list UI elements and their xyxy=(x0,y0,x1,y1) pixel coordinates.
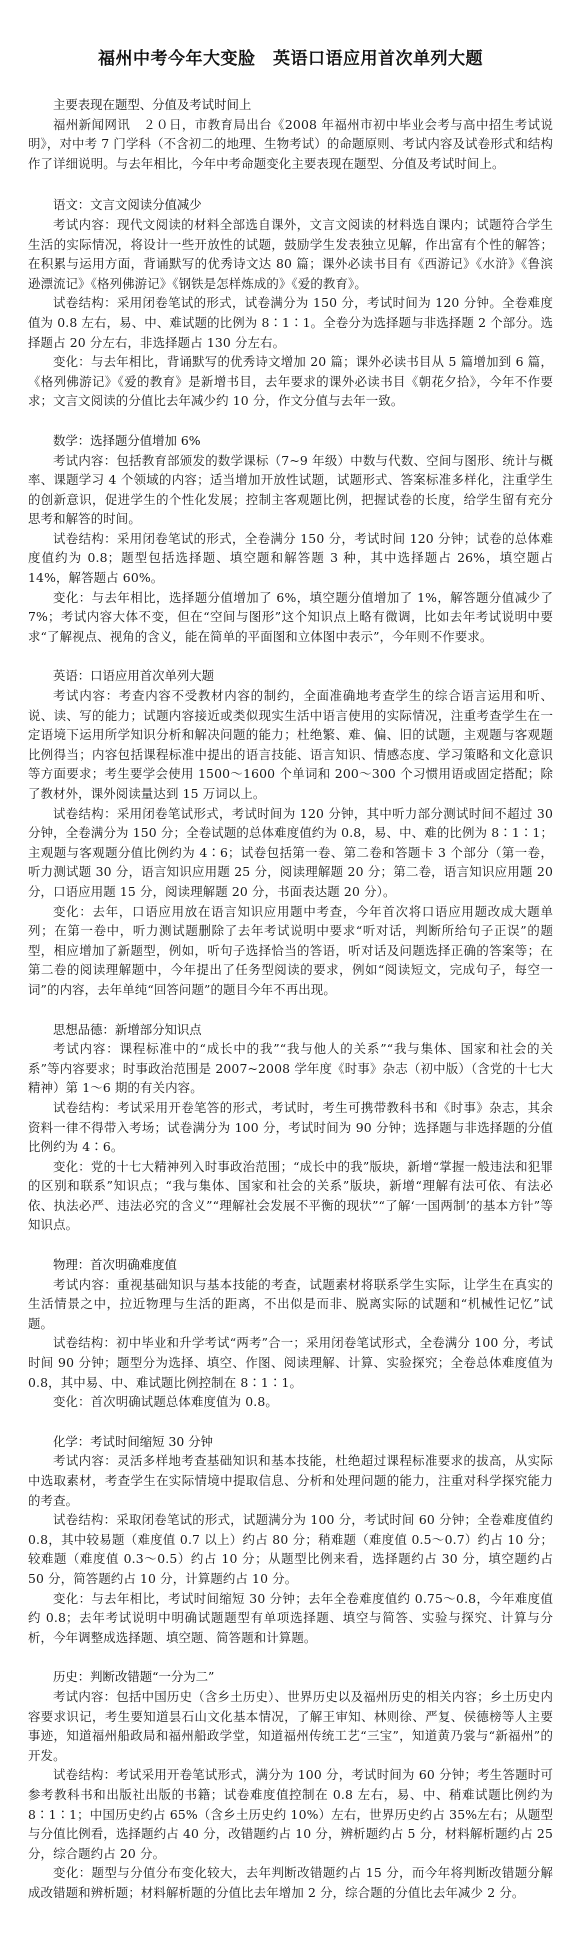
section-paragraph: 试卷结构：采用闭卷笔试形式，考试时间为 120 分钟，其中听力部分测试时间不超过… xyxy=(28,804,553,902)
section-heading: 语文：文言文阅读分值减少 xyxy=(28,195,553,215)
section-chinese: 语文：文言文阅读分值减少 考试内容：现代文阅读的材料全部选自课外，文言文阅读的材… xyxy=(28,195,553,411)
section-paragraph: 考试内容：重视基础知识与基本技能的考查，试题素材将联系学生实际，让学生在真实的生… xyxy=(28,1275,553,1334)
section-heading: 历史：判断改错题“一分为二” xyxy=(28,1667,553,1687)
document-title: 福州中考今年大变脸 英语口语应用首次单列大题 xyxy=(28,44,553,69)
section-paragraph: 变化：去年，口语应用放在语言知识应用题中考查，今年首次将口语应用题改成大题单列；… xyxy=(28,902,553,1000)
section-chemistry: 化学：考试时间缩短 30 分钟 考试内容：灵活多样地考查基础知识和基本技能，杜绝… xyxy=(28,1432,553,1648)
section-paragraph: 变化：党的十七大精神列入时事政治范围；“成长中的我”版块，新增“掌握一般违法和犯… xyxy=(28,1157,553,1235)
section-paragraph: 变化：与去年相比，选择题分值增加了 6%，填空题分值增加了 1%，解答题分值减少… xyxy=(28,588,553,647)
section-heading: 英语：口语应用首次单列大题 xyxy=(28,666,553,686)
section-heading: 数学：选择题分值增加 6% xyxy=(28,431,553,451)
section-paragraph: 考试内容：包括教育部颁发的数学课标（7~9 年级）中数与代数、空间与图形、统计与… xyxy=(28,451,553,529)
section-paragraph: 考试内容：包括中国历史（含乡土历史）、世界历史以及福州历史的相关内容；乡土历史内… xyxy=(28,1687,553,1765)
intro-paragraph: 福州新闻网讯 ２０日，市教育局出台《2008 年福州市初中毕业会考与高中招生考试… xyxy=(28,115,553,174)
section-heading: 物理：首次明确难度值 xyxy=(28,1255,553,1275)
intro-section: 主要表现在题型、分值及考试时间上 福州新闻网讯 ２０日，市教育局出台《2008 … xyxy=(28,95,553,173)
document-page: 福州中考今年大变脸 英语口语应用首次单列大题 主要表现在题型、分值及考试时间上 … xyxy=(0,0,579,1942)
section-paragraph: 变化：题型与分值分布变化较大，去年判断改错题约占 15 分，而今年将判断改错题分… xyxy=(28,1863,553,1902)
section-paragraph: 考试内容：灵活多样地考查基础知识和基本技能，杜绝超过课程标准要求的拔高，从实际中… xyxy=(28,1451,553,1510)
section-paragraph: 试卷结构：采取闭卷笔试的形式，试题满分为 100 分，考试时间 60 分钟；全卷… xyxy=(28,1510,553,1588)
intro-subtitle: 主要表现在题型、分值及考试时间上 xyxy=(28,95,553,115)
section-heading: 化学：考试时间缩短 30 分钟 xyxy=(28,1432,553,1452)
section-heading: 思想品德：新增部分知识点 xyxy=(28,1020,553,1040)
section-paragraph: 试卷结构：采用闭卷笔试的形式，试卷满分为 150 分，考试时间为 120 分钟。… xyxy=(28,293,553,352)
section-paragraph: 考试内容：考查内容不受教材内容的制约，全面准确地考查学生的综合语言运用和听、说、… xyxy=(28,686,553,804)
section-ethics: 思想品德：新增部分知识点 考试内容：课程标准中的“成长中的我”“我与他人的关系”… xyxy=(28,1020,553,1236)
section-paragraph: 变化：首次明确试题总体难度值为 0.8。 xyxy=(28,1392,553,1412)
section-paragraph: 考试内容：现代文阅读的材料全部选自课外，文言文阅读的材料选自课内；试题符合学生生… xyxy=(28,215,553,293)
section-paragraph: 试卷结构：初中毕业和升学考试“两考”合一；采用闭卷笔试形式，全卷满分 100 分… xyxy=(28,1333,553,1392)
section-math: 数学：选择题分值增加 6% 考试内容：包括教育部颁发的数学课标（7~9 年级）中… xyxy=(28,431,553,647)
section-paragraph: 试卷结构：采用闭卷笔试的形式，全卷满分 150 分，考试时间 120 分钟；试卷… xyxy=(28,529,553,588)
section-paragraph: 考试内容：课程标准中的“成长中的我”“我与他人的关系”“我与集体、国家和社会的关… xyxy=(28,1039,553,1098)
section-history: 历史：判断改错题“一分为二” 考试内容：包括中国历史（含乡土历史）、世界历史以及… xyxy=(28,1667,553,1902)
section-paragraph: 变化：与去年相比，考试时间缩短 30 分钟；去年全卷难度值约 0.75～0.8，… xyxy=(28,1589,553,1648)
section-physics: 物理：首次明确难度值 考试内容：重视基础知识与基本技能的考查，试题素材将联系学生… xyxy=(28,1255,553,1412)
section-english: 英语：口语应用首次单列大题 考试内容：考查内容不受教材内容的制约，全面准确地考查… xyxy=(28,666,553,999)
section-paragraph: 变化：与去年相比，背诵默写的优秀诗文增加 20 篇；课外必读书目从 5 篇增加到… xyxy=(28,352,553,411)
section-paragraph: 试卷结构：考试采用开卷笔答的形式，考试时，考生可携带教科书和《时事》杂志，其余资… xyxy=(28,1098,553,1157)
section-paragraph: 试卷结构：考试采用开卷笔试形式，满分为 100 分，考试时间为 60 分钟；考生… xyxy=(28,1765,553,1863)
